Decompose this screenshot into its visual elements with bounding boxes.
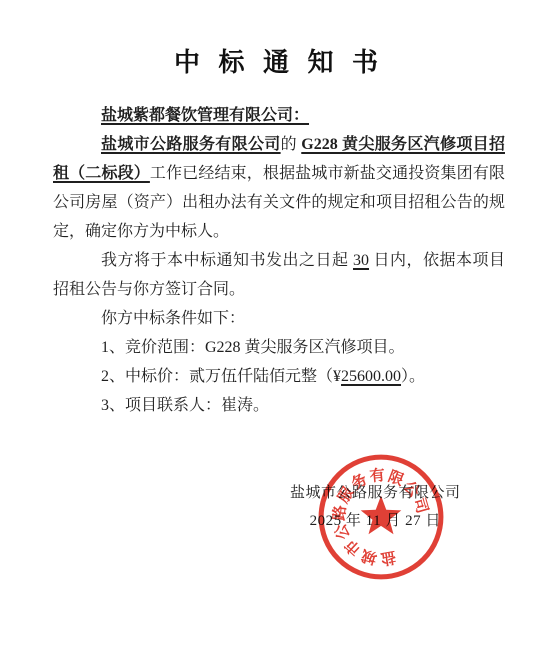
notice-body: 盐城紫都餐饮管理有限公司： 盐城市公路服务有限公司的 G228 黄尖服务区汽修项…: [53, 101, 505, 420]
svg-text:有: 有: [369, 466, 386, 485]
condition-item-1: 1、竞价范围：G228 黄尖服务区汽修项目。: [53, 333, 505, 362]
tenderer-company-underline: 盐城市公路服务有限公司: [101, 136, 281, 153]
contract-paragraph-pre: 我方将于本中标通知书发出之日起: [101, 252, 353, 269]
signature-company: 盐城市公路服务有限公司: [290, 484, 461, 502]
bid-amount-underline: 25600.00: [341, 368, 401, 385]
svg-text:市: 市: [341, 536, 364, 560]
svg-text:盐: 盐: [379, 548, 397, 568]
condition-item-3: 3、项目联系人：崔涛。: [53, 391, 505, 420]
addressee-company-underline: 盐城紫都餐饮管理有限公司：: [101, 107, 309, 124]
addressee-line: 盐城紫都餐饮管理有限公司：: [53, 101, 505, 130]
signature-block: 盐城市公路服务有限公司 2025 年 11 月 27 日: [290, 484, 461, 530]
svg-text:城: 城: [359, 546, 379, 568]
bid-price-post: ）。: [401, 368, 425, 385]
contract-paragraph: 我方将于本中标通知书发出之日起 30 日内，依据本项目招租公告与你方签订合同。: [53, 246, 505, 304]
conditions-intro-line: 你方中标条件如下：: [53, 304, 505, 333]
contract-days-underline: 30: [353, 252, 369, 269]
award-paragraph: 盐城市公路服务有限公司的 G228 黄尖服务区汽修项目招租（二标段）工作已经结束…: [53, 130, 505, 246]
notice-document-page: 中 标 通 知 书 盐城紫都餐饮管理有限公司： 盐城市公路服务有限公司的 G22…: [0, 0, 558, 670]
bid-price-pre: 2、中标价：贰万伍仟陆佰元整（¥: [101, 368, 341, 385]
award-paragraph-connector: 的: [281, 136, 302, 153]
notice-title: 中 标 通 知 书: [0, 42, 558, 79]
signature-date: 2025 年 11 月 27 日: [290, 512, 461, 530]
condition-item-2: 2、中标价：贰万伍仟陆佰元整（¥25600.00）。: [53, 362, 505, 391]
